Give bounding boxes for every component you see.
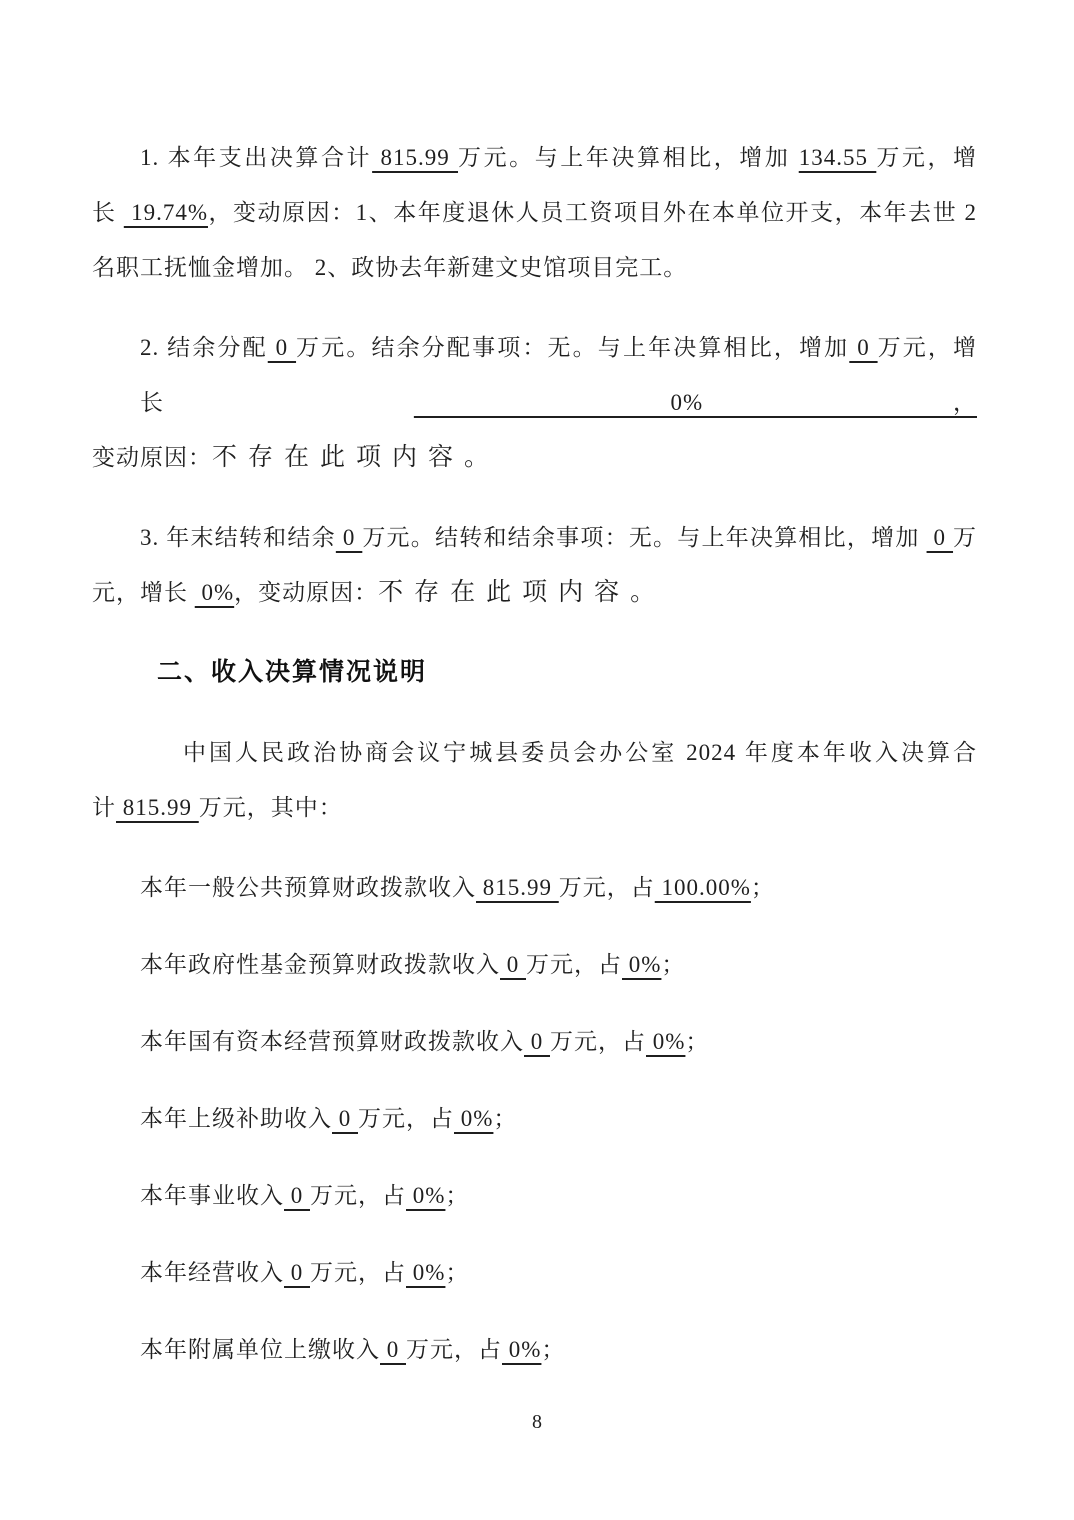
text-line: 长 19.74%，变动原因：1、本年度退休人员工资项目外在本单位开支，本年去世 …	[92, 185, 977, 240]
income-item-government-fund-budget: 本年政府性基金预算财政拨款收入 0 万元，占 0%；	[92, 937, 977, 992]
income-intro-paragraph: 中国人民政治协商会议宁城县委员会办公室 2024 年度本年收入决算合计 815.…	[92, 725, 977, 835]
underlined-value: 0	[380, 1337, 406, 1362]
page-number: 8	[0, 1408, 1074, 1436]
text-line: 元，增长 0%，变动原因：不存在此项内容。	[92, 565, 977, 620]
text-line: 本年上级补助收入 0 万元，占 0%；	[92, 1091, 977, 1146]
text-segment: 3. 年末结转和结余	[140, 525, 336, 550]
income-item-state-capital-budget: 本年国有资本经营预算财政拨款收入 0 万元，占 0%；	[92, 1014, 977, 1069]
text-segment: 万元，占	[406, 1337, 502, 1362]
expenditure-summary-paragraph: 1. 本年支出决算合计 815.99 万元。与上年决算相比，增加 134.55 …	[92, 130, 977, 295]
text-line: 2. 结余分配 0 万元。结余分配事项：无。与上年决算相比，增加 0 万元，增长…	[92, 320, 977, 430]
income-section-heading: 二、收入决算情况说明	[92, 645, 977, 700]
text-segment: 本年一般公共预算财政拨款收入	[140, 875, 476, 900]
text-line: 3. 年末结转和结余 0 万元。结转和结余事项：无。与上年决算相比，增加 0 万	[92, 510, 977, 565]
text-segment: 不存在此项内容。	[378, 579, 666, 606]
underlined-value: 0	[332, 1106, 358, 1131]
text-segment: 名职工抚恤金增加。 2、政协去年新建文史馆项目完工。	[92, 255, 687, 280]
year-end-carryover-paragraph: 3. 年末结转和结余 0 万元。结转和结余事项：无。与上年决算相比，增加 0 万…	[92, 510, 977, 620]
text-segment: 万元，占	[310, 1260, 406, 1285]
text-segment: 1. 本年支出决算合计	[140, 145, 372, 170]
text-segment: 万元。与上年决算相比，增加	[458, 145, 799, 170]
underlined-value: 0	[524, 1029, 550, 1054]
text-line: 中国人民政治协商会议宁城县委员会办公室 2024 年度本年收入决算合	[92, 725, 977, 780]
text-line: 本年一般公共预算财政拨款收入 815.99 万元，占 100.00%；	[92, 860, 977, 915]
underlined-value: 0%	[195, 580, 234, 605]
text-segment: 万元，其中：	[199, 795, 343, 820]
text-line: 计 815.99 万元，其中：	[92, 780, 977, 835]
text-line: 本年事业收入 0 万元，占 0%；	[92, 1168, 977, 1223]
text-segment: ；	[751, 875, 775, 900]
underlined-value: 0	[927, 525, 953, 550]
text-segment: 长	[92, 200, 124, 225]
text-line: 本年经营收入 0 万元，占 0%；	[92, 1245, 977, 1300]
underlined-value: 0%	[454, 1106, 493, 1131]
underlined-value: 0	[284, 1260, 310, 1285]
text-segment: 本年附属单位上缴收入	[140, 1337, 380, 1362]
income-item-operating: 本年经营收入 0 万元，占 0%；	[92, 1245, 977, 1300]
underlined-value: 0	[500, 952, 526, 977]
underlined-value: 815.99	[116, 795, 199, 820]
text-segment: ；	[445, 1183, 469, 1208]
text-segment: 万元。结余分配事项：无。与上年决算相比，增加	[296, 335, 849, 360]
text-segment: 万	[953, 525, 977, 550]
text-line: 本年附属单位上缴收入 0 万元，占 0%；	[92, 1322, 977, 1377]
text-segment: 万元，占	[526, 952, 622, 977]
text-segment: ；	[661, 952, 685, 977]
underlined-value: 0%	[502, 1337, 541, 1362]
text-segment: 计	[92, 795, 116, 820]
text-line: 1. 本年支出决算合计 815.99 万元。与上年决算相比，增加 134.55 …	[92, 130, 977, 185]
underlined-value: 134.55	[799, 145, 877, 170]
text-segment: ；	[685, 1029, 709, 1054]
text-segment: 本年国有资本经营预算财政拨款收入	[140, 1029, 524, 1054]
underlined-value: 815.99	[476, 875, 559, 900]
income-item-affiliated-units: 本年附属单位上缴收入 0 万元，占 0%；	[92, 1322, 977, 1377]
text-segment: 2. 结余分配	[140, 335, 268, 360]
text-segment: 中国人民政治协商会议宁城县委员会办公室 2024 年度本年收入决算合	[183, 740, 977, 765]
text-segment: ；	[493, 1106, 517, 1131]
text-segment: 不存在此项内容。	[212, 444, 500, 471]
text-segment: 万元，占	[550, 1029, 646, 1054]
text-segment: 万元。结转和结余事项：无。与上年决算相比，增加	[362, 525, 926, 550]
underlined-value: 0	[849, 335, 877, 360]
underlined-value: 100.00%	[655, 875, 751, 900]
text-segment: 本年经营收入	[140, 1260, 284, 1285]
text-segment: ，变动原因：	[234, 580, 378, 605]
text-segment: ；	[445, 1260, 469, 1285]
underlined-value: 19.74%	[124, 200, 208, 225]
income-item-superior-subsidy: 本年上级补助收入 0 万元，占 0%；	[92, 1091, 977, 1146]
text-segment: 万元，占	[358, 1106, 454, 1131]
text-line: 本年政府性基金预算财政拨款收入 0 万元，占 0%；	[92, 937, 977, 992]
document-body: 1. 本年支出决算合计 815.99 万元。与上年决算相比，增加 134.55 …	[92, 130, 977, 1377]
text-segment: 本年上级补助收入	[140, 1106, 332, 1131]
text-line: 名职工抚恤金增加。 2、政协去年新建文史馆项目完工。	[92, 240, 977, 295]
income-item-institutional: 本年事业收入 0 万元，占 0%；	[92, 1168, 977, 1223]
underlined-value: 0%，	[414, 390, 977, 415]
surplus-distribution-paragraph: 2. 结余分配 0 万元。结余分配事项：无。与上年决算相比，增加 0 万元，增长…	[92, 320, 977, 485]
underlined-value: 0	[268, 335, 296, 360]
text-segment: 万元，占	[310, 1183, 406, 1208]
text-line: 变动原因：不存在此项内容。	[92, 430, 977, 485]
underlined-value: 0	[284, 1183, 310, 1208]
text-segment: ，变动原因：1、本年度退休人员工资项目外在本单位开支，本年去世 2	[208, 200, 977, 225]
income-item-general-public-budget: 本年一般公共预算财政拨款收入 815.99 万元，占 100.00%；	[92, 860, 977, 915]
text-segment: 万元，占	[559, 875, 655, 900]
underlined-value: 0%	[406, 1260, 445, 1285]
underlined-value: 0%	[406, 1183, 445, 1208]
text-segment: 变动原因：	[92, 445, 212, 470]
document-page: 1. 本年支出决算合计 815.99 万元。与上年决算相比，增加 134.55 …	[0, 0, 1074, 1520]
underlined-value: 0%	[622, 952, 661, 977]
underlined-value: 0%	[646, 1029, 685, 1054]
underlined-value: 815.99	[372, 145, 458, 170]
text-line: 本年国有资本经营预算财政拨款收入 0 万元，占 0%；	[92, 1014, 977, 1069]
text-segment: 本年事业收入	[140, 1183, 284, 1208]
text-segment: 万元，增	[876, 145, 977, 170]
text-segment: 元，增长	[92, 580, 195, 605]
underlined-value: 0	[336, 525, 362, 550]
text-segment: ；	[541, 1337, 565, 1362]
text-segment: 本年政府性基金预算财政拨款收入	[140, 952, 500, 977]
